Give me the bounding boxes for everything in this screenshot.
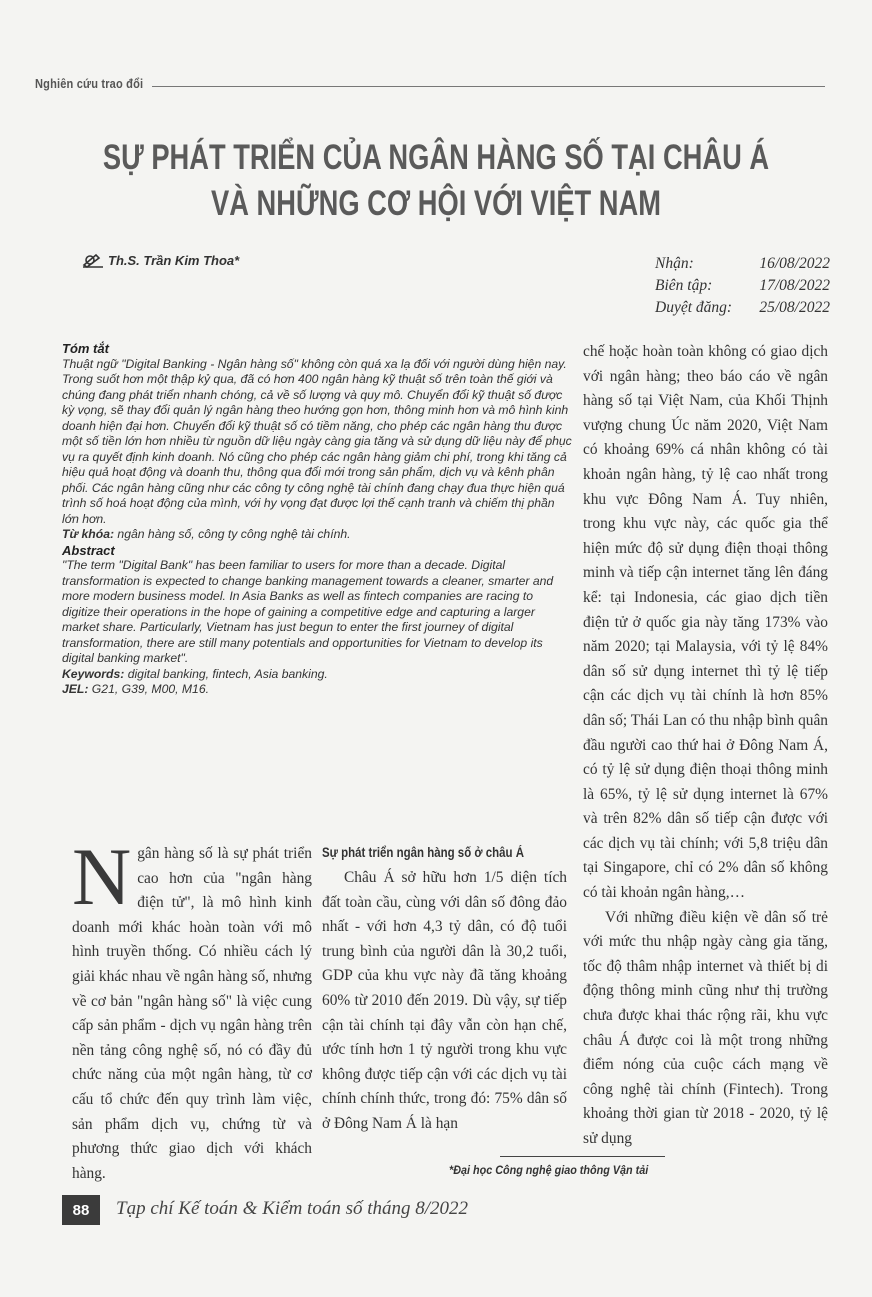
editorial-dates: Nhận: 16/08/2022 Biên tập: 17/08/2022 Du… (655, 253, 830, 319)
author-affiliation-footnote: *Đại học Công nghệ giao thông Vận tải (449, 1163, 648, 1177)
footnote-rule (500, 1156, 665, 1157)
article-title: SỰ PHÁT TRIỂN CỦA NGÂN HÀNG SỐ TẠI CHÂU … (0, 135, 872, 227)
journal-name: Tạp chí Kế toán & Kiểm toán số tháng 8/2… (116, 1198, 468, 1220)
keywords-en: Keywords: digital banking, fintech, Asia… (62, 667, 572, 683)
date-label: Duyệt đăng: (655, 297, 732, 319)
page-number: 88 (62, 1195, 100, 1225)
date-value: 25/08/2022 (759, 297, 830, 319)
summary-heading: Tóm tắt (62, 341, 572, 357)
body-paragraph: chế hoặc hoàn toàn không có giao dịch vớ… (583, 340, 828, 906)
author-name: Th.S. Trần Kim Thoa* (108, 253, 239, 268)
keywords-vi: Từ khóa: ngân hàng số, công ty công nghệ… (62, 527, 572, 543)
section-subheading: Sự phát triển ngân hàng số ở châu Á (322, 842, 530, 864)
body-column-left: N gân hàng số là sự phát triển cao hơn c… (72, 842, 312, 1186)
date-label: Biên tập: (655, 275, 712, 297)
keywords-label: Keywords: (62, 667, 124, 681)
summary-text: Thuật ngữ "Digital Banking - Ngân hàng s… (62, 357, 572, 528)
date-value: 17/08/2022 (759, 275, 830, 297)
pen-writing-icon (82, 252, 104, 268)
keywords-label: Từ khóa: (62, 527, 114, 541)
title-line-2: VÀ NHỮNG CƠ HỘI VỚI VIỆT NAM (96, 181, 776, 227)
header-rule (152, 86, 825, 87)
body-column-right: chế hoặc hoàn toàn không có giao dịch vớ… (583, 340, 828, 1152)
drop-cap: N (72, 846, 131, 912)
keywords-value: ngân hàng số, công ty công nghệ tài chín… (114, 527, 350, 541)
body-paragraph: Với những điều kiện về dân số trẻ với mứ… (583, 906, 828, 1152)
jel-label: JEL: (62, 682, 88, 696)
abstract-text: "The term "Digital Bank" has been famili… (62, 558, 572, 667)
body-paragraph: Châu Á sở hữu hơn 1/5 diện tích đất toàn… (322, 866, 567, 1137)
keywords-value: digital banking, fintech, Asia banking. (124, 667, 327, 681)
date-label: Nhận: (655, 253, 694, 275)
date-received: Nhận: 16/08/2022 (655, 253, 830, 275)
date-edited: Biên tập: 17/08/2022 (655, 275, 830, 297)
title-line-1: SỰ PHÁT TRIỂN CỦA NGÂN HÀNG SỐ TẠI CHÂU … (96, 135, 776, 181)
section-label: Nghiên cứu trao đổi (35, 76, 143, 91)
author-byline: Th.S. Trần Kim Thoa* (82, 252, 239, 268)
running-header: Nghiên cứu trao đổi (35, 70, 825, 96)
abstract-box: Tóm tắt Thuật ngữ "Digital Banking - Ngâ… (62, 341, 572, 698)
date-value: 16/08/2022 (759, 253, 830, 275)
jel-codes: JEL: G21, G39, M00, M16. (62, 682, 572, 698)
date-approved: Duyệt đăng: 25/08/2022 (655, 297, 830, 319)
jel-value: G21, G39, M00, M16. (88, 682, 209, 696)
body-column-middle: Sự phát triển ngân hàng số ở châu Á Châu… (322, 842, 567, 1137)
abstract-heading: Abstract (62, 543, 572, 559)
